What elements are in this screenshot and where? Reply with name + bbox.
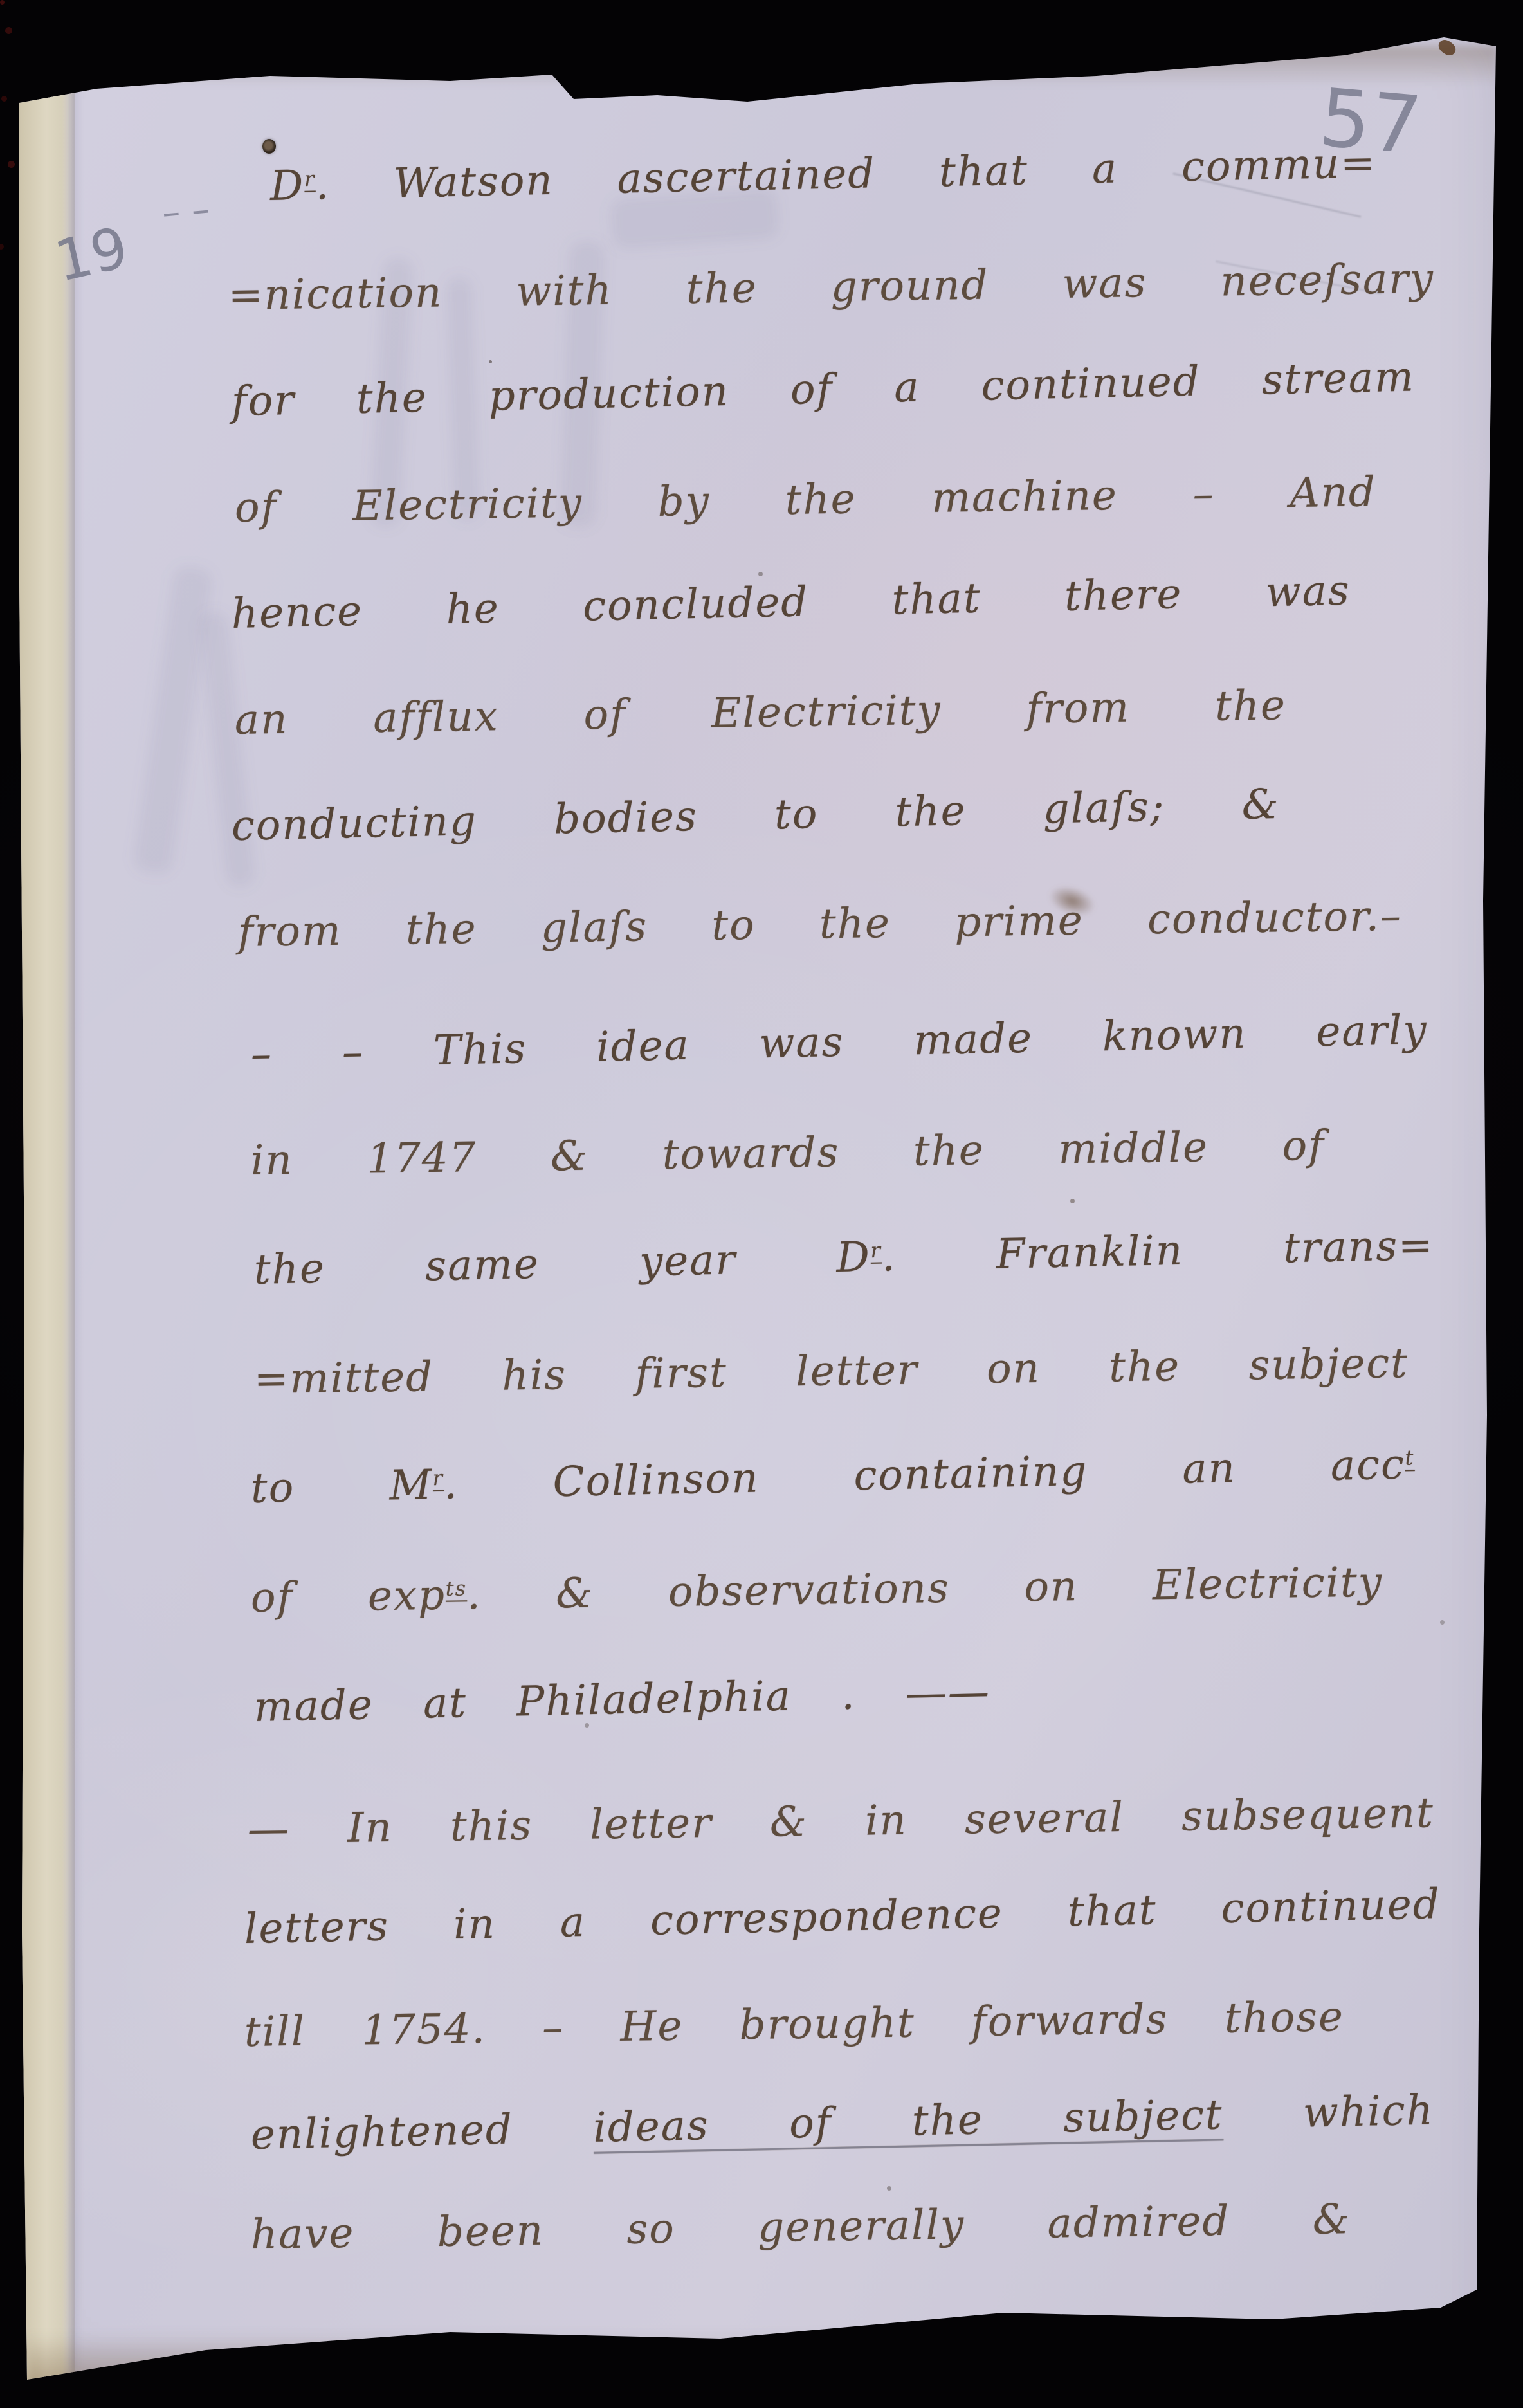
manuscript-text: conducting bodies to the glaſs; & <box>231 781 1280 850</box>
manuscript-page: 57 19 – – Dr. Watson ascertained that a … <box>0 0 1523 2408</box>
manuscript-text: which <box>1223 2086 1435 2139</box>
manuscript-text: ideas of the subject <box>593 2091 1224 2151</box>
manuscript-text: of exp <box>250 1572 446 1622</box>
manuscript-line: letters in a correspondence that continu… <box>244 1882 1441 1952</box>
manuscript-text: have been so generally admired & <box>250 2196 1351 2259</box>
manuscript-line: enlightened ideas of the subject which <box>250 2088 1434 2158</box>
manuscript-text: — In this letter & in several subsequent <box>247 1789 1434 1854</box>
manuscript-text: hence he concluded that there was <box>231 567 1351 638</box>
manuscript-line: made at Philadelphia . —— <box>253 1670 990 1730</box>
manuscript-text: – – This idea was made known early <box>250 1007 1428 1079</box>
manuscript-line: from the glaſs to the prime conductor.– <box>238 894 1403 956</box>
manuscript-text: =nication with the ground was neceſsary <box>228 255 1434 320</box>
manuscript-text: r <box>304 167 316 191</box>
manuscript-text: r <box>870 1238 882 1263</box>
manuscript-line: Dr. Watson ascertained that a commu= <box>269 141 1376 209</box>
manuscript-text: letters in a correspondence that continu… <box>244 1881 1441 1953</box>
manuscript-line: conducting bodies to the glaſs; & <box>231 782 1280 850</box>
manuscript-text: . & observations on Electricity <box>467 1558 1383 1619</box>
manuscript-text: . Collinson containing an acc <box>443 1441 1405 1508</box>
manuscript-text: for the production of a continued stream <box>231 353 1415 426</box>
manuscript-text: ts <box>445 1576 467 1601</box>
manuscript-text: from the glaſs to the prime conductor.– <box>237 893 1402 956</box>
manuscript-text: of Electricity by the machine – And <box>234 468 1376 532</box>
manuscript-line: for the production of a continued stream <box>231 354 1415 424</box>
manuscript-line: to Mr. Collinson containing an acct <box>250 1442 1415 1511</box>
manuscript-text: t <box>1405 1445 1415 1470</box>
manuscript-text: made at Philadelphia . —— <box>253 1668 990 1731</box>
manuscript-text: D <box>269 162 305 210</box>
manuscript-line: an afflux of Electricity from the <box>235 683 1287 743</box>
scan-background: 57 19 – – Dr. Watson ascertained that a … <box>0 0 1523 2408</box>
manuscript-line: =mitted his first letter on the subject <box>254 1341 1409 1402</box>
manuscript-text: to M <box>250 1461 433 1513</box>
manuscript-line: in 1747 & towards the middle of <box>251 1124 1326 1184</box>
manuscript-text: till 1754. – He brought forwards those <box>244 1993 1344 2056</box>
manuscript-line: of Electricity by the machine – And <box>235 470 1377 531</box>
manuscript-line: hence he concluded that there was <box>231 569 1351 637</box>
manuscript-text: =mitted his first letter on the subject <box>253 1340 1409 1403</box>
manuscript-text: an afflux of Electricity from the <box>234 682 1286 744</box>
manuscript-line: of expts. & observations on Electricity <box>251 1560 1383 1621</box>
manuscript-line: the same year Dr. Franklin trans= <box>253 1223 1434 1293</box>
manuscript-text: r <box>432 1466 444 1490</box>
manuscript-text: . Franklin trans= <box>881 1222 1434 1281</box>
manuscript-text: in 1747 & towards the middle of <box>250 1122 1325 1185</box>
manuscript-text: the same year D <box>253 1234 871 1294</box>
manuscript-line: have been so generally admired & <box>251 2197 1351 2257</box>
manuscript-line: till 1754. – He brought forwards those <box>244 1994 1345 2055</box>
manuscript-line: – – This idea was made known early <box>250 1008 1428 1078</box>
manuscript-line: — In this letter & in several subsequent <box>248 1791 1435 1852</box>
manuscript-text: enlightened <box>250 2104 594 2159</box>
manuscript-text: . Watson ascertained that a commu= <box>315 140 1377 210</box>
manuscript-line: =nication with the ground was neceſsary <box>228 257 1435 319</box>
background-specks <box>0 0 5 5</box>
handwriting-layer: Dr. Watson ascertained that a commu==nic… <box>0 0 1523 2408</box>
